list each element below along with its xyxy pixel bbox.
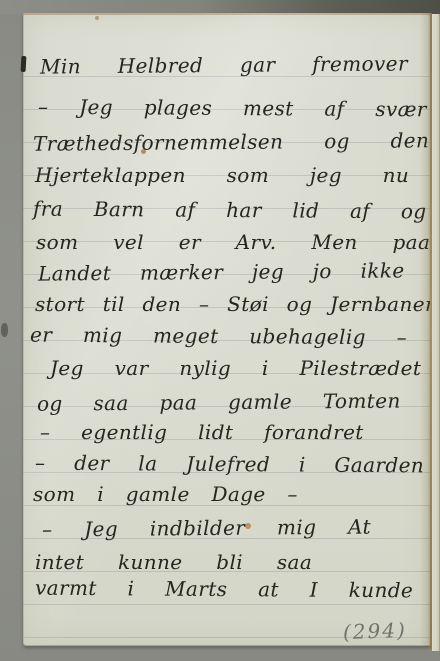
handwriting-line: varmt i Marts at I kunde (35, 576, 413, 603)
letter-page: Min Helbred gar fremover – Jeg plages me… (23, 13, 430, 646)
background-smudge (1, 323, 8, 337)
next-page-edge-sliver (432, 14, 440, 651)
handwriting-line: og saa paa gamle Tomten – (37, 388, 440, 416)
handwriting-line: Træthedsfornemmelsen og den (33, 128, 429, 155)
handwriting-line: – Jeg indbilder mig At (42, 515, 371, 542)
ink-mark-left-edge (21, 56, 27, 72)
handwriting-line: intet kunne bli saa (35, 550, 312, 574)
handwriting-line: stort til den – Støi og Jernbanen (35, 292, 438, 316)
handwriting-line: som vel er Arv. Men paa (36, 230, 430, 254)
handwriting-line: fra Barn af har lid af og (33, 197, 427, 224)
handwriting-line: som i gamle Dage – (33, 482, 298, 506)
handwriting-line: Landet mærker jeg jo ikke (38, 258, 405, 285)
handwriting-line: – Jeg plages mest af svær (38, 95, 427, 122)
handwriting-line: Jeg var nylig i Pilestrædet (50, 356, 421, 380)
scanner-background-top-band (0, 0, 440, 14)
handwriting-line: Min Helbred gar fremover (40, 51, 408, 78)
page-number-pencil: (294) (343, 618, 408, 644)
handwriting-line: – egentlig lidt forandret (40, 420, 364, 444)
handwriting-line: – der la Julefred i Gaarden (35, 451, 424, 478)
handwriting-line: er mig meget ubehagelig – (30, 323, 407, 350)
handwriting-line: Hjerteklappen som jeg nu (35, 163, 409, 187)
foxing-spot (95, 16, 99, 20)
